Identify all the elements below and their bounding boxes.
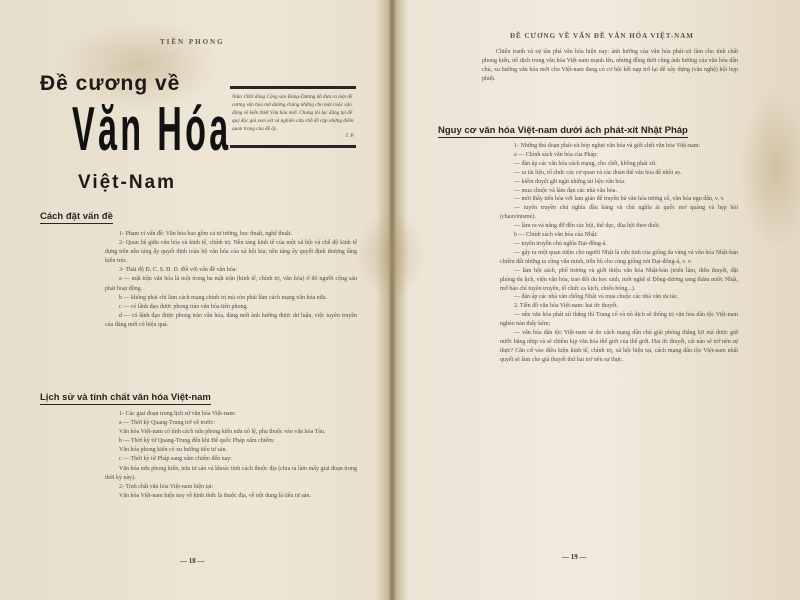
paragraph: — kiểm duyệt gắt ngặt những tài liệu văn… bbox=[500, 178, 738, 187]
paragraph: Văn hóa phong kiến có xu hướng tiểu tư s… bbox=[105, 446, 357, 455]
paragraph: b — Thời kỳ từ Quang-Trung đến khi Đế qu… bbox=[105, 437, 357, 446]
paragraph: — đàn áp các nhà văn chống Nhật và mua c… bbox=[500, 293, 738, 302]
paragraph: — tuyên truyền chủ nghĩa Đại-đông-á. bbox=[500, 240, 738, 249]
page-number: — 18 — bbox=[180, 557, 205, 565]
editor-note-box: Năm 1943 đảng Cộng sản Đông-Dương đã đưa… bbox=[230, 86, 356, 148]
section-heading: Lịch sử và tính chất văn hóa Việt-nam bbox=[40, 392, 211, 405]
page-number: — 19 — bbox=[562, 553, 587, 561]
left-page: Tiền Phong Đề cương về Văn Hóa Việt-Nam … bbox=[0, 0, 390, 600]
intro-paragraph: Chiến tranh và sự tàn phá văn hóa hiện n… bbox=[482, 48, 738, 84]
paragraph: 1- Các giai đoạn trong lịch sử văn hóa V… bbox=[105, 410, 357, 419]
paragraph: c — có lãnh đạo được phong trào văn hóa … bbox=[105, 303, 357, 312]
paragraph: — nền văn hóa phát xít thắng thì Trung c… bbox=[500, 311, 738, 329]
paragraph: b — Chính sách văn hóa của Nhật: bbox=[500, 231, 738, 240]
paragraph: 2. Tiền đồ văn hóa Việt-nam: hai ức thuy… bbox=[500, 302, 738, 311]
paragraph: — văn hóa dân tộc Việt-nam sẽ do cách mạ… bbox=[500, 329, 738, 365]
section-body: 1- Các giai đoạn trong lịch sử văn hóa V… bbox=[105, 410, 357, 501]
paragraph: — làm ra và nâng đỡ đến các hội, thể dục… bbox=[500, 222, 738, 231]
title-line-1: Đề cương về bbox=[40, 72, 180, 96]
paragraph: — mua chuộc và làm đạn các nhà văn hóa. bbox=[500, 187, 738, 196]
paragraph: 3- Thái độ Đ. C. S. Đ. D. đối với vấn đề… bbox=[105, 266, 357, 275]
section-body: 1- Phạm vi vấn đề: Văn hóa bao gồm cả tư… bbox=[105, 230, 357, 330]
paragraph: Văn hóa Việt-nam có tính cách nửa phong … bbox=[105, 428, 357, 437]
paragraph: Văn hóa Việt-nam hiện nay về hình thức l… bbox=[105, 492, 357, 501]
book-spread: Tiền Phong Đề cương về Văn Hóa Việt-Nam … bbox=[0, 0, 800, 600]
editor-note-text: Năm 1943 đảng Cộng sản Đông-Dương đã đưa… bbox=[232, 93, 354, 133]
section-heading: Nguy cơ văn hóa Việt-nam dưới ách phát-x… bbox=[438, 125, 688, 138]
paragraph: Văn hóa nửa phong kiến, nửa tư sản và kh… bbox=[105, 465, 357, 483]
paragraph: 1- Phạm vi vấn đề: Văn hóa bao gồm cả tư… bbox=[105, 230, 357, 239]
paragraph: — làm hội sách, phổ trương và giới thiệu… bbox=[500, 267, 738, 294]
paragraph: a — mặt trận văn hóa là một trong ba mặt… bbox=[105, 275, 357, 293]
paragraph: a — Thời kỳ Quang-Trung trở về trước: bbox=[105, 419, 357, 428]
running-head: Tiền Phong bbox=[160, 38, 225, 46]
paragraph: c — Thời kỳ từ Pháp sang xâm chiếm đến n… bbox=[105, 455, 357, 464]
paragraph: — đàn áp các văn hóa cách mạng, cho chết… bbox=[500, 160, 738, 169]
title-line-3: Việt-Nam bbox=[78, 172, 176, 194]
paragraph: 2- Tính chất văn hóa Việt-nam hiện tại: bbox=[105, 483, 357, 492]
paragraph: d — có lãnh đạo được phong trào văn hóa,… bbox=[105, 312, 357, 330]
section-body: 1- Những thủ đoạn phát-xít bóp nghẹt văn… bbox=[500, 142, 738, 365]
section-heading: Cách đặt vấn đề bbox=[40, 211, 113, 224]
running-head: Đề cương về vấn đề văn hóa Việt-nam bbox=[510, 32, 694, 40]
paragraph: 2- Quan hệ giữa văn hóa và kinh tế, chín… bbox=[105, 239, 357, 266]
title-line-2: Văn Hóa bbox=[72, 100, 232, 160]
paragraph: b — không phải chỉ làm cách mạng chính t… bbox=[105, 294, 357, 303]
paragraph: a — Chính sách văn hóa của Pháp: bbox=[500, 151, 738, 160]
right-page: Đề cương về vấn đề văn hóa Việt-nam Chiế… bbox=[400, 0, 800, 600]
editor-signature: T. P. bbox=[232, 133, 354, 141]
divider bbox=[230, 145, 356, 148]
paragraph: — ra tài liệu, tổ chức các cơ quan và cá… bbox=[500, 169, 738, 178]
paragraph: 1- Những thủ đoạn phát-xít bóp nghẹt văn… bbox=[500, 142, 738, 151]
paragraph: — tuyên truyền chủ nghĩa đầu hàng và chủ… bbox=[500, 204, 738, 222]
paragraph: Chiến tranh và sự tàn phá văn hóa hiện n… bbox=[482, 48, 738, 84]
paragraph: — mời thầy tiến hóa với lam giáo để truy… bbox=[500, 195, 738, 204]
paragraph: — gây ra một quan niệm cho người Nhật là… bbox=[500, 249, 738, 267]
